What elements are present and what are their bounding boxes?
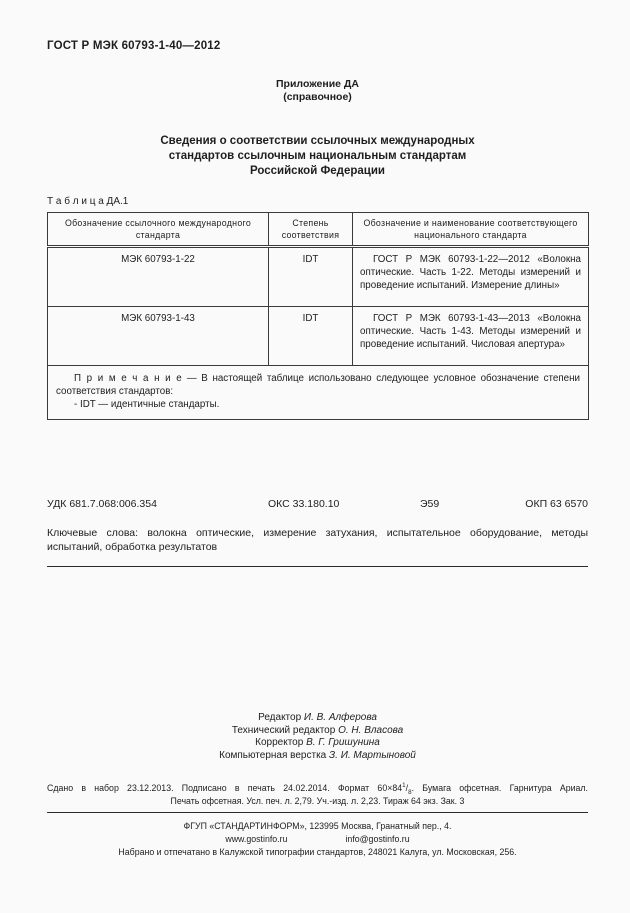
imprint-block: Сдано в набор 23.12.2013. Подписано в пе…	[47, 782, 588, 807]
cell-national-standard: ГОСТ Р МЭК 60793-1-43—2013 «Волокна опти…	[353, 307, 589, 366]
divider-rule	[47, 812, 588, 813]
column-header-degree: Степень соответствия	[269, 213, 353, 247]
cell-national-standard: ГОСТ Р МЭК 60793-1-22—2012 «Волокна опти…	[353, 247, 589, 307]
keywords: Ключевые слова: волокна оптические, изме…	[47, 526, 588, 554]
credits-block: Редактор И. В. Алферова Технический реда…	[47, 712, 588, 762]
printer-line: Набрано и отпечатано в Калужской типогра…	[47, 846, 588, 859]
credit-role: Компьютерная верстка	[219, 750, 326, 761]
table-label: Т а б л и ц а ДА.1	[47, 196, 588, 207]
publisher-line: ФГУП «СТАНДАРТИНФОРМ», 123995 Москва, Гр…	[47, 820, 588, 833]
cell-national-text: ГОСТ Р МЭК 60793-1-43—2013 «Волокна опти…	[360, 312, 581, 351]
credit-role: Корректор	[255, 737, 303, 748]
table-note-cell: П р и м е ч а н и е — В настоящей таблиц…	[48, 366, 589, 420]
note-label: П р и м е ч а н и е	[74, 373, 182, 384]
cell-degree: IDT	[269, 247, 353, 307]
page-title-line3: Российской Федерации	[47, 164, 588, 179]
contacts-line: www.gostinfo.ruinfo@gostinfo.ru	[47, 833, 588, 846]
oks-code: ОКС 33.180.10	[268, 498, 420, 510]
note-item: - IDT — идентичные стандарты.	[56, 398, 580, 411]
document-page: ГОСТ Р МЭК 60793-1-40—2012 Приложение ДА…	[0, 0, 630, 913]
credit-line: Компьютерная верстка З. И. Мартыновой	[47, 750, 588, 763]
credit-line: Технический редактор О. Н. Власова	[47, 725, 588, 738]
credit-line: Корректор В. Г. Гришунина	[47, 737, 588, 750]
table-note-row: П р и м е ч а н и е — В настоящей таблиц…	[48, 366, 589, 420]
udk-code: УДК 681.7.068:006.354	[47, 498, 268, 510]
credit-name: В. Г. Гришунина	[306, 737, 380, 748]
credit-role: Редактор	[258, 712, 301, 723]
page-title: Сведения о соответствии ссылочных междун…	[47, 134, 588, 179]
imprint-line1-text: Сдано в набор 23.12.2013. Подписано в пе…	[47, 783, 402, 793]
cell-national-text: ГОСТ Р МЭК 60793-1-22—2012 «Волокна опти…	[360, 253, 581, 292]
credit-name: З. И. Мартыновой	[329, 750, 416, 761]
column-header-intl: Обозначение ссылочного международного ст…	[48, 213, 269, 247]
table-row: МЭК 60793-1-22 IDT ГОСТ Р МЭК 60793-1-22…	[48, 247, 589, 307]
doc-number: ГОСТ Р МЭК 60793-1-40—2012	[47, 40, 588, 52]
publisher-website: www.gostinfo.ru	[225, 833, 287, 846]
correspondence-table: Обозначение ссылочного международного ст…	[47, 212, 589, 420]
page-title-line1: Сведения о соответствии ссылочных междун…	[47, 134, 588, 149]
okp-code: ОКП 63 6570	[515, 498, 588, 510]
imprint-line2: Печать офсетная. Усл. печ. л. 2,79. Уч.-…	[47, 795, 588, 807]
imprint-line1: Сдано в набор 23.12.2013. Подписано в пе…	[47, 782, 588, 794]
table-header-row: Обозначение ссылочного международного ст…	[48, 213, 589, 247]
credit-line: Редактор И. В. Алферова	[47, 712, 588, 725]
credit-role: Технический редактор	[232, 725, 335, 736]
imprint-line1-tail: . Бумага офсетная. Гарнитура Ариал.	[412, 783, 588, 793]
divider-rule	[47, 566, 588, 567]
classification-codes: УДК 681.7.068:006.354 ОКС 33.180.10 Э59 …	[47, 498, 588, 510]
cell-degree: IDT	[269, 307, 353, 366]
publisher-email: info@gostinfo.ru	[345, 833, 409, 846]
annex-heading: Приложение ДА (справочное)	[47, 78, 588, 104]
credit-name: И. В. Алферова	[304, 712, 377, 723]
page-title-line2: стандартов ссылочным национальным станда…	[47, 149, 588, 164]
annex-label: Приложение ДА	[47, 78, 588, 91]
table-note: П р и м е ч а н и е — В настоящей таблиц…	[56, 372, 580, 398]
cell-intl-standard: МЭК 60793-1-22	[48, 247, 269, 307]
table-row: МЭК 60793-1-43 IDT ГОСТ Р МЭК 60793-1-43…	[48, 307, 589, 366]
letter-code: Э59	[420, 498, 515, 510]
annex-kind: (справочное)	[47, 91, 588, 104]
credit-name: О. Н. Власова	[338, 725, 403, 736]
cell-intl-standard: МЭК 60793-1-43	[48, 307, 269, 366]
column-header-national: Обозначение и наименование соответствующ…	[353, 213, 589, 247]
colophon-block: ФГУП «СТАНДАРТИНФОРМ», 123995 Москва, Гр…	[47, 820, 588, 859]
